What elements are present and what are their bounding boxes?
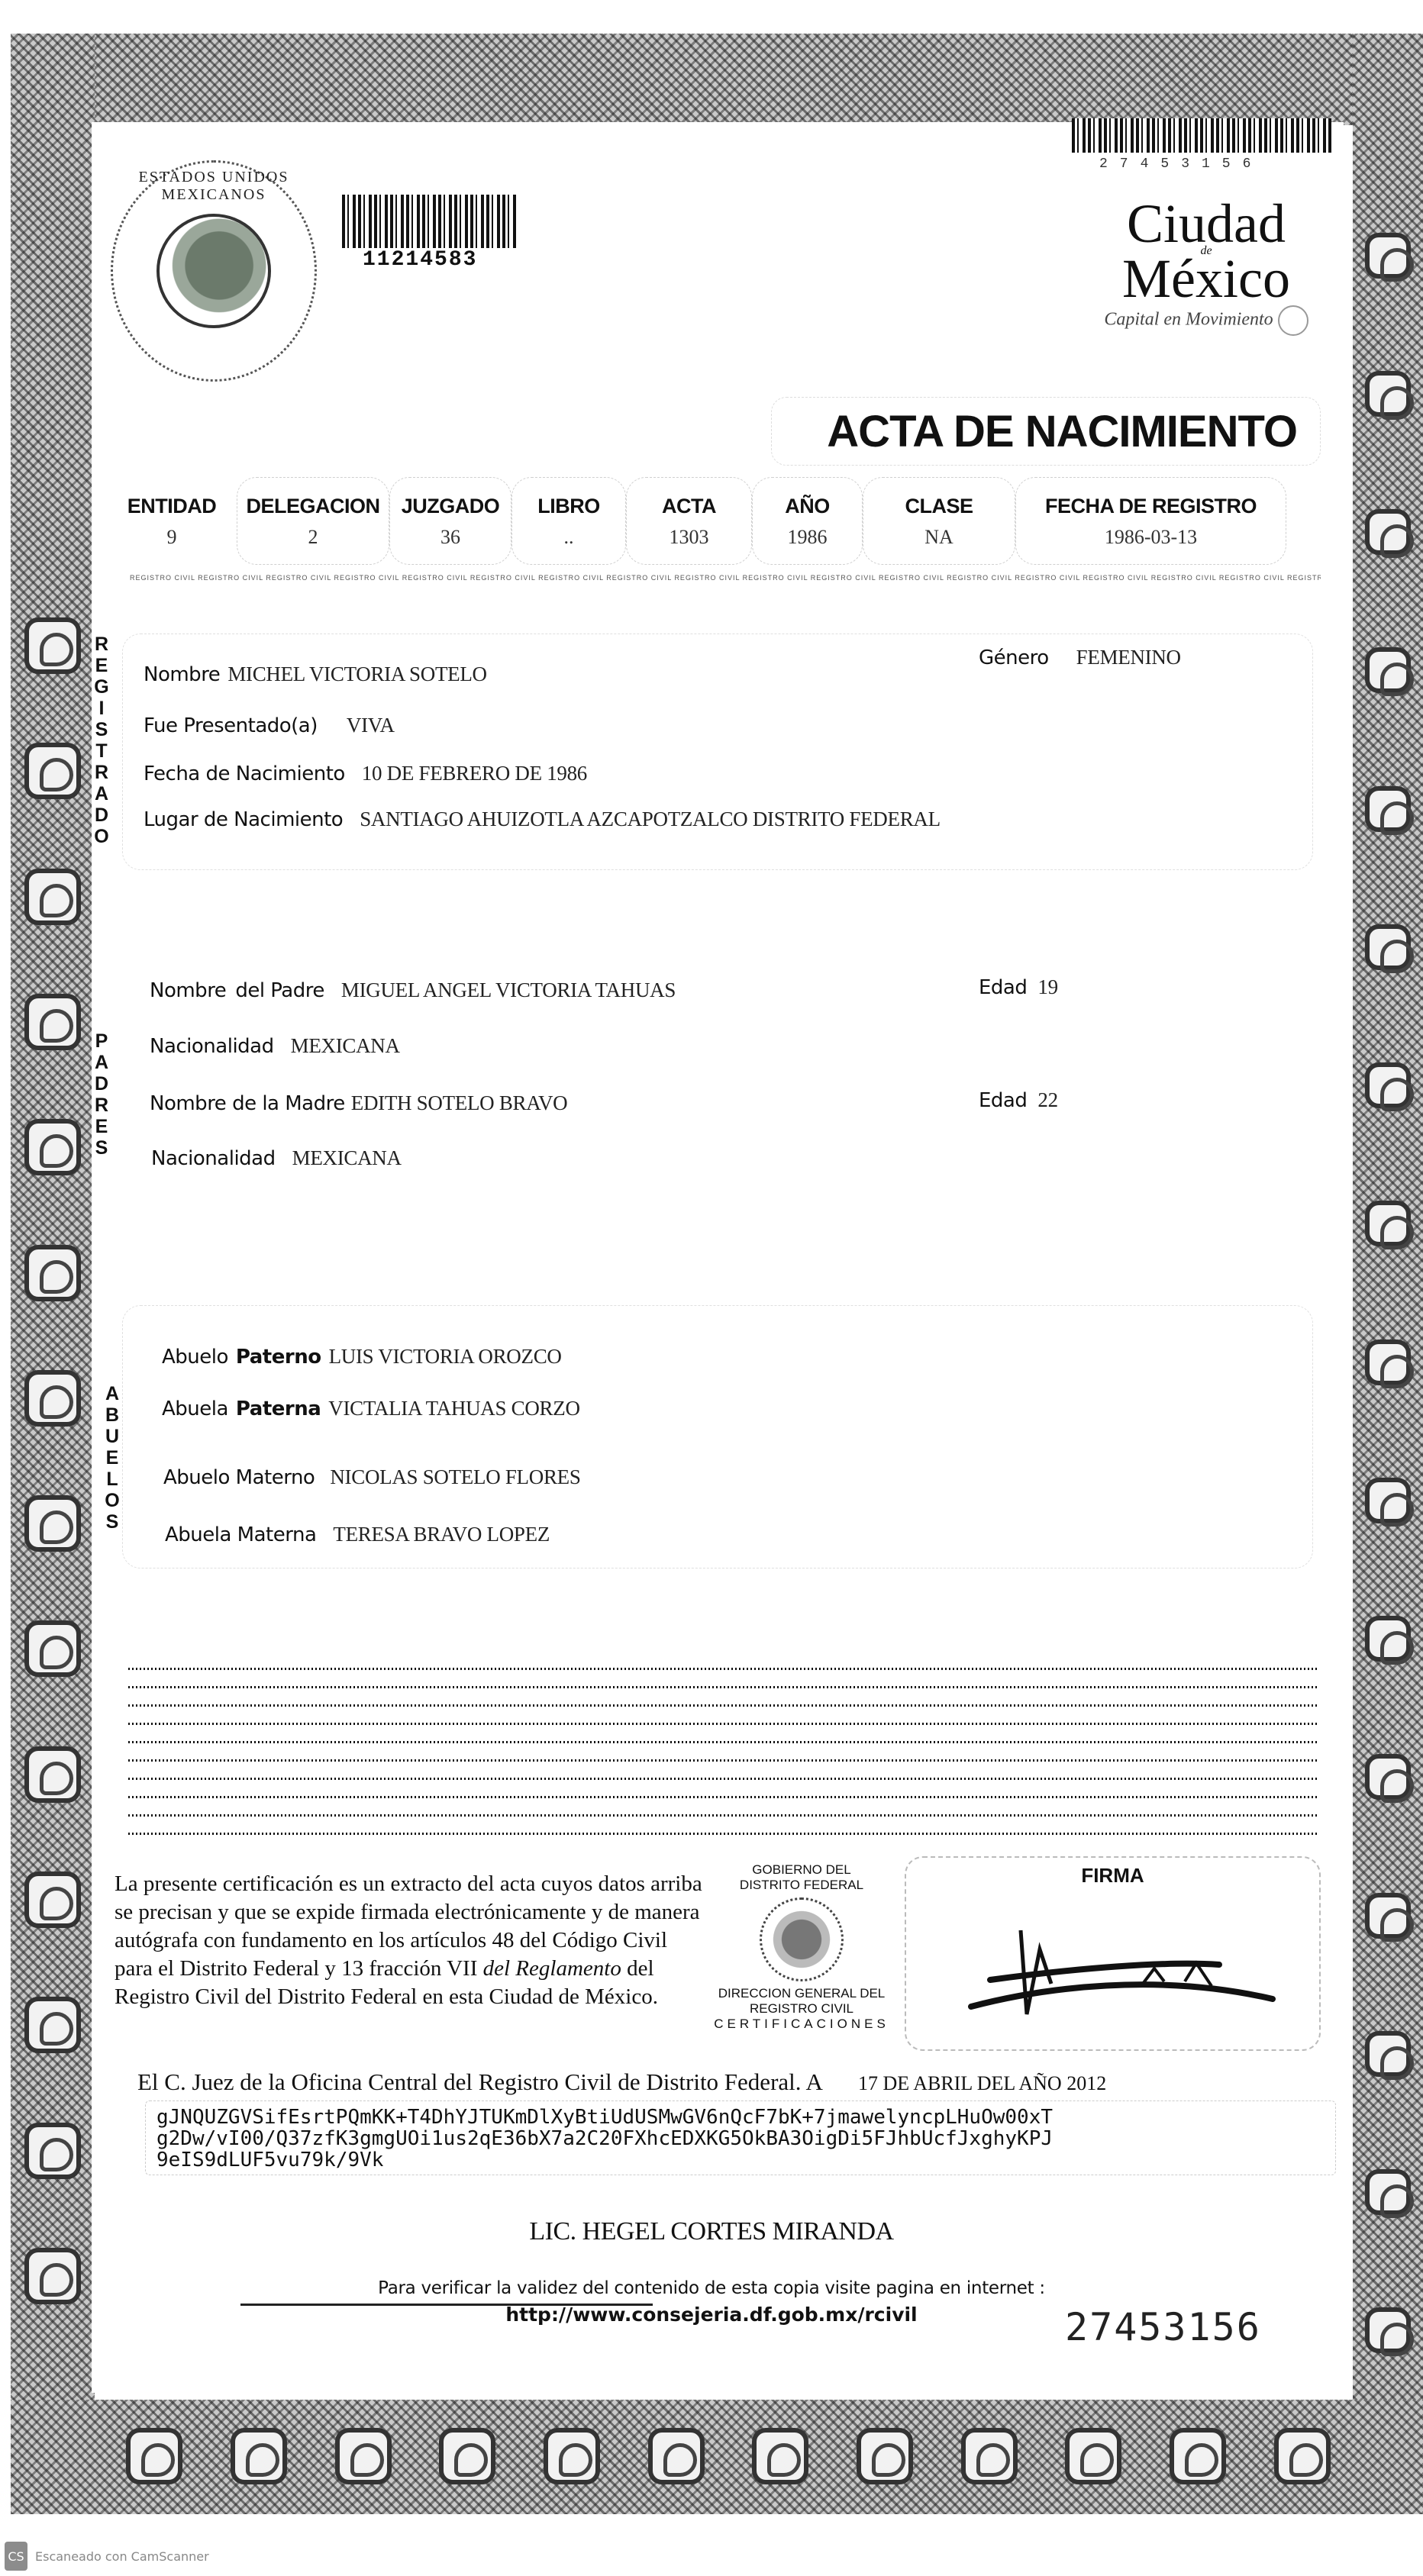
registrant-gender: FEMENINO <box>1076 646 1181 669</box>
grandparent-row: Abuela Paterna VICTALIA TAHUAS CORZO <box>162 1397 580 1420</box>
signature-label: FIRMA <box>906 1864 1319 1888</box>
judge-statement: El C. Juez de la Oficina Central del Reg… <box>137 2068 1106 2096</box>
field-padre-edad: Edad 19 <box>979 975 1058 999</box>
camscanner-logo-icon: CS <box>5 2542 27 2571</box>
father-name: MIGUEL ANGEL VICTORIA TAHUAS <box>341 978 676 1002</box>
registry-cell-ano: AÑO 1986 <box>752 477 863 565</box>
registry-cell-fecha-registro: FECHA DE REGISTRO 1986-03-13 <box>1015 477 1286 565</box>
registry-cell-libro: LIBRO .. <box>511 477 626 565</box>
barcode-left <box>342 195 518 248</box>
registrant-name: MICHEL VICTORIA SOTELO <box>227 663 486 686</box>
barcode-left-number: 11214583 <box>363 248 477 272</box>
camscanner-text: Escaneado con CamScanner <box>35 2549 209 2564</box>
grandparent-row: Abuelo Paterno LUIS VICTORIA OROZCO <box>162 1345 562 1369</box>
registry-cell-entidad: ENTIDAD 9 <box>107 477 237 565</box>
barcode-right <box>1072 118 1331 153</box>
section-label-padres: PADRES <box>92 1030 111 1159</box>
government-seal-icon <box>760 1897 844 1981</box>
birth-place: SANTIAGO AHUIZOTLA AZCAPOTZALCO DISTRITO… <box>360 808 941 831</box>
field-madre-edad: Edad 22 <box>979 1088 1058 1112</box>
mother-name: EDITH SOTELO BRAVO <box>351 1091 568 1115</box>
cdmx-logo: Ciudad de México Capital en Movimiento <box>1099 200 1313 336</box>
camscanner-watermark: CS Escaneado con CamScanner <box>5 2542 209 2571</box>
registry-cell-juzgado: JUZGADO 36 <box>389 477 511 565</box>
government-stamp: GOBIERNO DEL DISTRITO FEDERAL DIRECCION … <box>702 1862 901 2032</box>
grandparent-row: Abuela Materna TERESA BRAVO LOPEZ <box>165 1523 550 1546</box>
border-glyphs-bottom <box>102 2426 1354 2487</box>
security-microtext: REGISTRO CIVIL REGISTRO CIVIL REGISTRO C… <box>130 574 1321 582</box>
field-presentado: Fue Presentado(a) VIVA <box>144 714 395 737</box>
field-madre-nacionalidad: Nacionalidad MEXICANA <box>151 1146 402 1170</box>
issue-date: 17 DE ABRIL DEL AÑO 2012 <box>858 2072 1106 2094</box>
barcode-right-number: 27453156 <box>1099 156 1263 172</box>
field-madre: Nombre de la Madre EDITH SOTELO BRAVO <box>150 1091 567 1115</box>
section-label-abuelos: ABUELOS <box>102 1383 122 1533</box>
verify-instructions: Para verificar la validez del contenido … <box>0 2278 1423 2298</box>
eagle-emblem-icon <box>156 214 271 328</box>
field-fecha-nacimiento: Fecha de Nacimiento 10 DE FEBRERO DE 198… <box>144 762 587 785</box>
field-nombre: Nombre MICHEL VICTORIA SOTELO <box>144 663 487 686</box>
field-padre-nacionalidad: Nacionalidad MEXICANA <box>150 1034 400 1058</box>
seal-text: ESTADOS UNIDOS MEXICANOS <box>113 169 315 204</box>
national-seal: ESTADOS UNIDOS MEXICANOS <box>111 160 317 382</box>
field-genero: Género FEMENINO <box>979 646 1181 669</box>
border-top <box>11 34 1400 125</box>
section-padres: PADRES Nombre del Padre MIGUEL ANGEL VIC… <box>92 954 1328 1206</box>
section-registrado: REGISTRADO Nombre MICHEL VICTORIA SOTELO… <box>92 626 1328 885</box>
brand-tagline: Capital en Movimiento <box>1104 310 1273 330</box>
registry-data-row: ENTIDAD 9 DELEGACION 2 JUZGADO 36 LIBRO … <box>107 477 1328 576</box>
brand-line2: México <box>1099 255 1313 302</box>
brand-line1: Ciudad <box>1099 200 1313 247</box>
folio-number: 27453156 <box>1065 2305 1261 2349</box>
border-glyphs-right <box>1365 186 1411 2400</box>
registry-cell-acta: ACTA 1303 <box>626 477 752 565</box>
section-abuelos: ABUELOS Abuelo Paterno LUIS VICTORIA ORO… <box>92 1320 1328 1580</box>
certification-text: La presente certificación es un extracto… <box>115 1870 702 2011</box>
registry-cell-clase: CLASE NA <box>863 477 1015 565</box>
annotations-blank-lines <box>128 1668 1319 1855</box>
grandparent-row: Abuelo Materno NICOLAS SOTELO FLORES <box>163 1465 581 1489</box>
birth-date: 10 DE FEBRERO DE 1986 <box>362 762 587 785</box>
signature-box: FIRMA <box>905 1856 1321 2051</box>
field-padre: Nombre del Padre MIGUEL ANGEL VICTORIA T… <box>150 978 676 1002</box>
registry-cell-delegacion: DELEGACION 2 <box>237 477 389 565</box>
border-glyphs-left <box>24 583 81 2339</box>
document-title: ACTA DE NACIMIENTO <box>771 397 1321 466</box>
field-lugar-nacimiento: Lugar de Nacimiento SANTIAGO AHUIZOTLA A… <box>144 808 941 831</box>
cdmx-emblem-icon <box>1278 305 1308 336</box>
electronic-signature-hash: gJNQUZGVSifEsrtPQmKK+T4DhYJTUKmDlXyBtiUd… <box>156 2107 1317 2171</box>
section-label-registrado: REGISTRADO <box>92 634 111 847</box>
official-name: LIC. HEGEL CORTES MIRANDA <box>0 2217 1423 2246</box>
signature-icon <box>967 1926 1288 2018</box>
